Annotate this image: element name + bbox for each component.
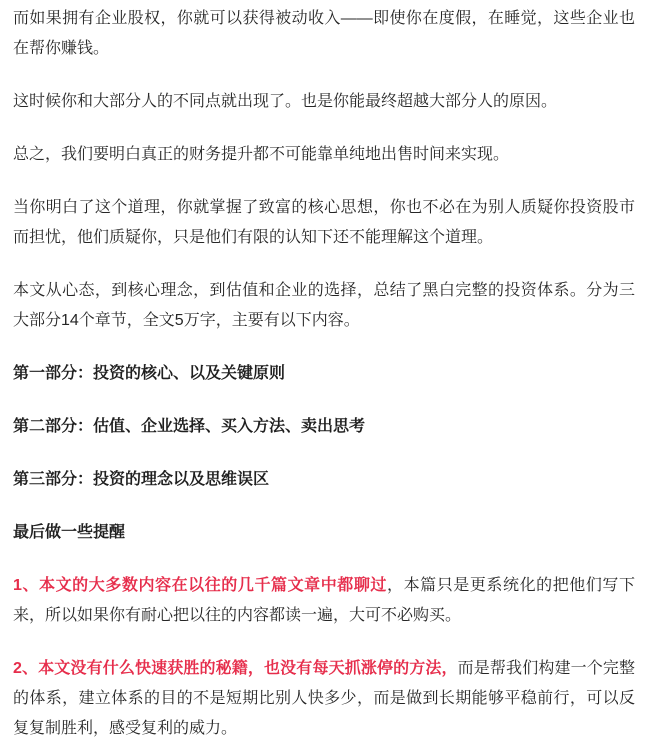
reminder-paragraph-2: 2、本文没有什么快速获胜的秘籍，也没有每天抓涨停的方法，而是帮我们构建一个完整的… — [13, 654, 635, 744]
section-heading-part1: 第一部分：投资的核心、以及关键原则 — [13, 359, 635, 389]
section-heading-part2: 第二部分：估值、企业选择、买入方法、卖出思考 — [13, 412, 635, 442]
paragraph-core-idea: 当你明白了这个道理，你就掌握了致富的核心思想，你也不必在为别人质疑你投资股市而担… — [13, 193, 635, 253]
article-body: 而如果拥有企业股权，你就可以获得被动收入——即使你在度假，在睡觉，这些企业也在帮… — [0, 0, 648, 744]
reminder-1-highlight: 1、本文的大多数内容在以往的几千篇文章中都聊过 — [13, 577, 387, 594]
paragraph-difference: 这时候你和大部分人的不同点就出现了。也是你能最终超越大部分人的原因。 — [13, 87, 635, 117]
paragraph-passive-income: 而如果拥有企业股权，你就可以获得被动收入——即使你在度假，在睡觉，这些企业也在帮… — [13, 4, 635, 64]
section-heading-part3: 第三部分：投资的理念以及思维误区 — [13, 465, 635, 495]
paragraph-book-overview: 本文从心态，到核心理念，到估值和企业的选择，总结了黑白完整的投资体系。分为三大部… — [13, 276, 635, 336]
reminder-2-highlight: 2、本文没有什么快速获胜的秘籍，也没有每天抓涨停的方法， — [13, 660, 458, 677]
reminder-paragraph-1: 1、本文的大多数内容在以往的几千篇文章中都聊过，本篇只是更系统化的把他们写下来，… — [13, 571, 635, 631]
section-heading-reminders: 最后做一些提醒 — [13, 518, 635, 548]
paragraph-summary: 总之，我们要明白真正的财务提升都不可能靠单纯地出售时间来实现。 — [13, 140, 635, 170]
